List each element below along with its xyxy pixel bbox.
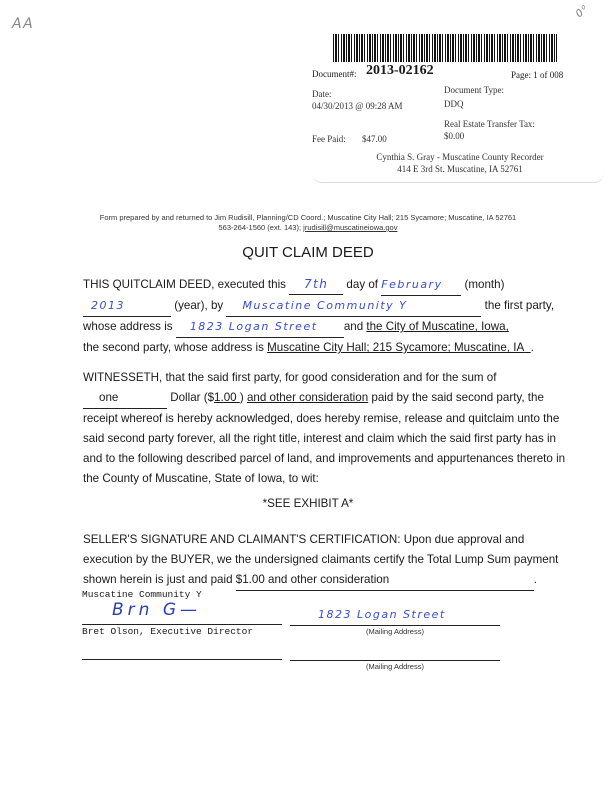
page-count: Page: 1 of 008 (511, 70, 563, 80)
text: the first party, (485, 299, 554, 312)
signature[interactable]: Brn G— (112, 600, 201, 620)
text: paid by the said second party, the (371, 391, 544, 404)
amount-words-field[interactable]: one (83, 388, 167, 409)
text: Dollar ($ (170, 391, 214, 404)
text: (month) (464, 278, 504, 291)
para2-line5: and to the following described parcel of… (83, 449, 593, 469)
year-field[interactable]: 2013 (83, 296, 171, 317)
prepared-by-line: Form prepared by and returned to Jim Rud… (60, 213, 556, 223)
barcode (333, 34, 557, 62)
day-field[interactable]: 7th (289, 274, 343, 295)
para1-line4: the second party, whose address is Musca… (83, 338, 583, 358)
mailing-address-line-1 (290, 625, 500, 626)
document-type: DDQ (444, 99, 464, 109)
text: shown herein is just and paid (83, 573, 233, 586)
second-party: the City of Muscatine, Iowa, (366, 320, 508, 333)
exhibit-reference: *SEE EXHIBIT A* (0, 497, 616, 510)
second-party-address: Muscatine City Hall; 215 Sycamore; Musca… (267, 341, 524, 354)
prepared-by: Form prepared by and returned to Jim Rud… (60, 213, 556, 233)
deed-paragraph: THIS QUITCLAIM DEED, executed this 7th d… (83, 274, 583, 358)
document-number-label: Document#: (312, 69, 357, 79)
text: THIS QUITCLAIM DEED, executed this (83, 278, 286, 291)
fee-paid: $47.00 (362, 134, 387, 144)
other-consideration: and other consideration (247, 391, 368, 404)
para2-line1: WITNESSETH, that the said first party, f… (83, 368, 593, 388)
second-signature-line (82, 659, 282, 660)
page-title: QUIT CLAIM DEED (0, 244, 616, 261)
certification-paragraph: SELLER'S SIGNATURE AND CLAIMANT'S CERTIF… (83, 530, 593, 591)
mailing-address-1[interactable]: 1823 Logan Street (318, 608, 446, 621)
prepared-by-contact: 563-264-1560 (ext. 143); jrudisill@musca… (60, 223, 556, 233)
para2-line3: receipt whereof is hereby acknowledged, … (83, 409, 593, 429)
para1-line2: 2013 (year), by Muscatine Community Y th… (83, 296, 583, 317)
paid-amount-field[interactable]: $1.00 and other consideration (236, 570, 534, 591)
para1-line1: THIS QUITCLAIM DEED, executed this 7th d… (83, 274, 583, 296)
recorded-date: 04/30/2013 @ 09:28 AM (312, 101, 403, 111)
text: the second party, whose address is (83, 341, 264, 354)
text: whose address is (83, 320, 173, 333)
email-link[interactable]: jrudisill@muscatineiowa.gov (303, 223, 397, 232)
transfer-tax: $0.00 (444, 131, 464, 141)
amount-field[interactable]: 1.00 (214, 391, 237, 404)
document-type-label: Document Type: (444, 85, 504, 95)
organization-name: Muscatine Community Y (82, 589, 202, 600)
para2-line2: one Dollar ($1.00 ) and other considerat… (83, 388, 593, 409)
cert-line1: SELLER'S SIGNATURE AND CLAIMANT'S CERTIF… (83, 530, 593, 550)
text: . (534, 573, 537, 586)
signature-line (82, 624, 282, 625)
handwritten-corner-note: AA (12, 16, 34, 32)
fee-paid-label: Fee Paid: (312, 134, 346, 144)
transfer-tax-label: Real Estate Transfer Tax: (444, 119, 535, 129)
witnesseth-paragraph: WITNESSETH, that the said first party, f… (83, 368, 593, 489)
para2-line6: the County of Muscatine, State of Iowa, … (83, 469, 593, 489)
first-party-field[interactable]: Muscatine Community Y (226, 296, 481, 317)
mailing-address-label-1: (Mailing Address) (290, 627, 500, 636)
handwritten-page-mark: 0⁰ (574, 3, 591, 20)
para1-line3: whose address is 1823 Logan Streetand th… (83, 317, 583, 338)
text: day of (346, 278, 378, 291)
cert-line3: shown herein is just and paid $1.00 and … (83, 570, 593, 591)
text: . (531, 341, 534, 354)
month-field[interactable]: February (381, 275, 461, 296)
signer-name-title: Bret Olson, Executive Director (82, 626, 253, 637)
text: ) (240, 391, 244, 404)
phone: 563-264-1560 (ext. 143); (219, 223, 302, 232)
mailing-address-line-2 (290, 660, 500, 661)
first-party-address-field[interactable]: 1823 Logan Street (176, 317, 344, 338)
stamp-border (312, 160, 604, 183)
para2-line4: said second party forever, all the right… (83, 429, 593, 449)
mailing-address-label-2: (Mailing Address) (290, 662, 500, 671)
document-number: 2013-02162 (366, 63, 434, 79)
date-label: Date: (312, 89, 332, 99)
text: and (344, 320, 363, 333)
cert-line2: execution by the BUYER, we the undersign… (83, 550, 593, 570)
text: (year), by (174, 299, 223, 312)
